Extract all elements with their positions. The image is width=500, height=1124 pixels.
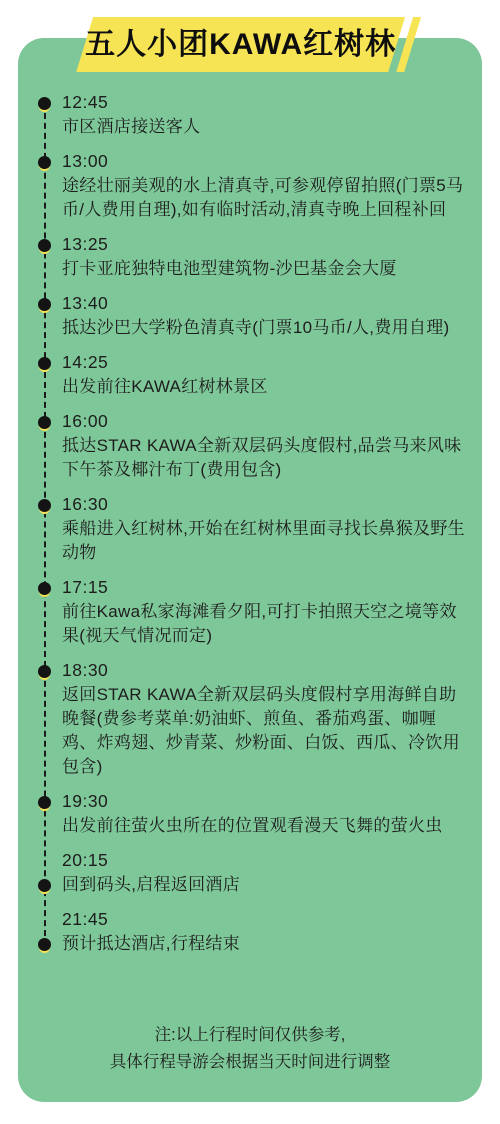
- item-desc: 前往Kawa私家海滩看夕阳,可打卡拍照天空之境等效果(视天气情况而定): [62, 600, 468, 648]
- item-time: 18:30: [62, 658, 468, 683]
- timeline-dot-icon: [38, 665, 51, 678]
- item-desc: 返回STAR KAWA全新双层码头度假村享用海鲜自助晚餐(费参考菜单:奶油虾、煎…: [62, 683, 468, 779]
- item-desc: 抵达沙巴大学粉色清真寺(门票10马币/人,费用自理): [62, 316, 468, 340]
- timeline-item: 16:00 抵达STAR KAWA全新双层码头度假村,品尝马来风味下午茶及椰汁布…: [18, 409, 468, 482]
- timeline-item: 13:25 打卡亚庇独特电池型建筑物-沙巴基金会大厦: [18, 232, 468, 281]
- timeline-item: 17:15 前往Kawa私家海滩看夕阳,可打卡拍照天空之境等效果(视天气情况而定…: [18, 575, 468, 648]
- item-time: 16:00: [62, 409, 468, 434]
- item-desc: 打卡亚庇独特电池型建筑物-沙巴基金会大厦: [62, 257, 468, 281]
- timeline-dot-icon: [38, 97, 51, 110]
- timeline-item: 13:40 抵达沙巴大学粉色清真寺(门票10马币/人,费用自理): [18, 291, 468, 340]
- timeline-item: 20:15 回到码头,启程返回酒店: [18, 848, 468, 897]
- timeline-item: 13:00 途经壮丽美观的水上清真寺,可参观停留拍照(门票5马币/人费用自理),…: [18, 149, 468, 222]
- timeline-dot-icon: [38, 156, 51, 169]
- timeline-dot-icon: [38, 796, 51, 809]
- footer-note: 注:以上行程时间仅供参考, 具体行程导游会根据当天时间进行调整: [18, 1022, 482, 1076]
- item-time: 19:30: [62, 789, 468, 814]
- item-time: 13:40: [62, 291, 468, 316]
- item-desc: 预计抵达酒店,行程结束: [62, 932, 468, 956]
- footer-note-line1: 注:以上行程时间仅供参考,: [18, 1022, 482, 1049]
- timeline-item: 21:45 预计抵达酒店,行程结束: [18, 907, 468, 956]
- itinerary-card: 五人小团KAWA红树林 12:45 市区酒店接送客人 13:00 途经壮丽美观的…: [18, 38, 482, 1102]
- timeline-dot-icon: [38, 357, 51, 370]
- timeline-dot-icon: [38, 938, 51, 951]
- item-time: 12:45: [62, 90, 468, 115]
- item-desc: 出发前往萤火虫所在的位置观看漫天飞舞的萤火虫: [62, 814, 468, 838]
- item-time: 13:00: [62, 149, 468, 174]
- title-banner: 五人小团KAWA红树林: [76, 17, 405, 72]
- item-desc: 途经壮丽美观的水上清真寺,可参观停留拍照(门票5马币/人费用自理),如有临时活动…: [62, 174, 468, 222]
- timeline-dot-icon: [38, 239, 51, 252]
- timeline-dot-icon: [38, 582, 51, 595]
- timeline-item: 18:30 返回STAR KAWA全新双层码头度假村享用海鲜自助晚餐(费参考菜单…: [18, 658, 468, 779]
- item-time: 14:25: [62, 350, 468, 375]
- item-time: 13:25: [62, 232, 468, 257]
- timeline-list: 12:45 市区酒店接送客人 13:00 途经壮丽美观的水上清真寺,可参观停留拍…: [18, 90, 468, 956]
- item-time: 16:30: [62, 492, 468, 517]
- item-desc: 抵达STAR KAWA全新双层码头度假村,品尝马来风味下午茶及椰汁布丁(费用包含…: [62, 434, 468, 482]
- timeline-dot-icon: [38, 416, 51, 429]
- timeline-dot-icon: [38, 298, 51, 311]
- timeline-dot-icon: [38, 879, 51, 892]
- item-time: 21:45: [62, 907, 468, 932]
- timeline-dot-icon: [38, 499, 51, 512]
- timeline-item: 16:30 乘船进入红树林,开始在红树林里面寻找长鼻猴及野生动物: [18, 492, 468, 565]
- timeline-item: 12:45 市区酒店接送客人: [18, 90, 468, 139]
- page-title: 五人小团KAWA红树林: [85, 17, 397, 72]
- timeline-item: 19:30 出发前往萤火虫所在的位置观看漫天飞舞的萤火虫: [18, 789, 468, 838]
- item-time: 20:15: [62, 848, 468, 873]
- item-desc: 回到码头,启程返回酒店: [62, 873, 468, 897]
- timeline-item: 14:25 出发前往KAWA红树林景区: [18, 350, 468, 399]
- item-desc: 出发前往KAWA红树林景区: [62, 375, 468, 399]
- item-desc: 市区酒店接送客人: [62, 115, 468, 139]
- item-time: 17:15: [62, 575, 468, 600]
- item-desc: 乘船进入红树林,开始在红树林里面寻找长鼻猴及野生动物: [62, 517, 468, 565]
- footer-note-line2: 具体行程导游会根据当天时间进行调整: [18, 1049, 482, 1076]
